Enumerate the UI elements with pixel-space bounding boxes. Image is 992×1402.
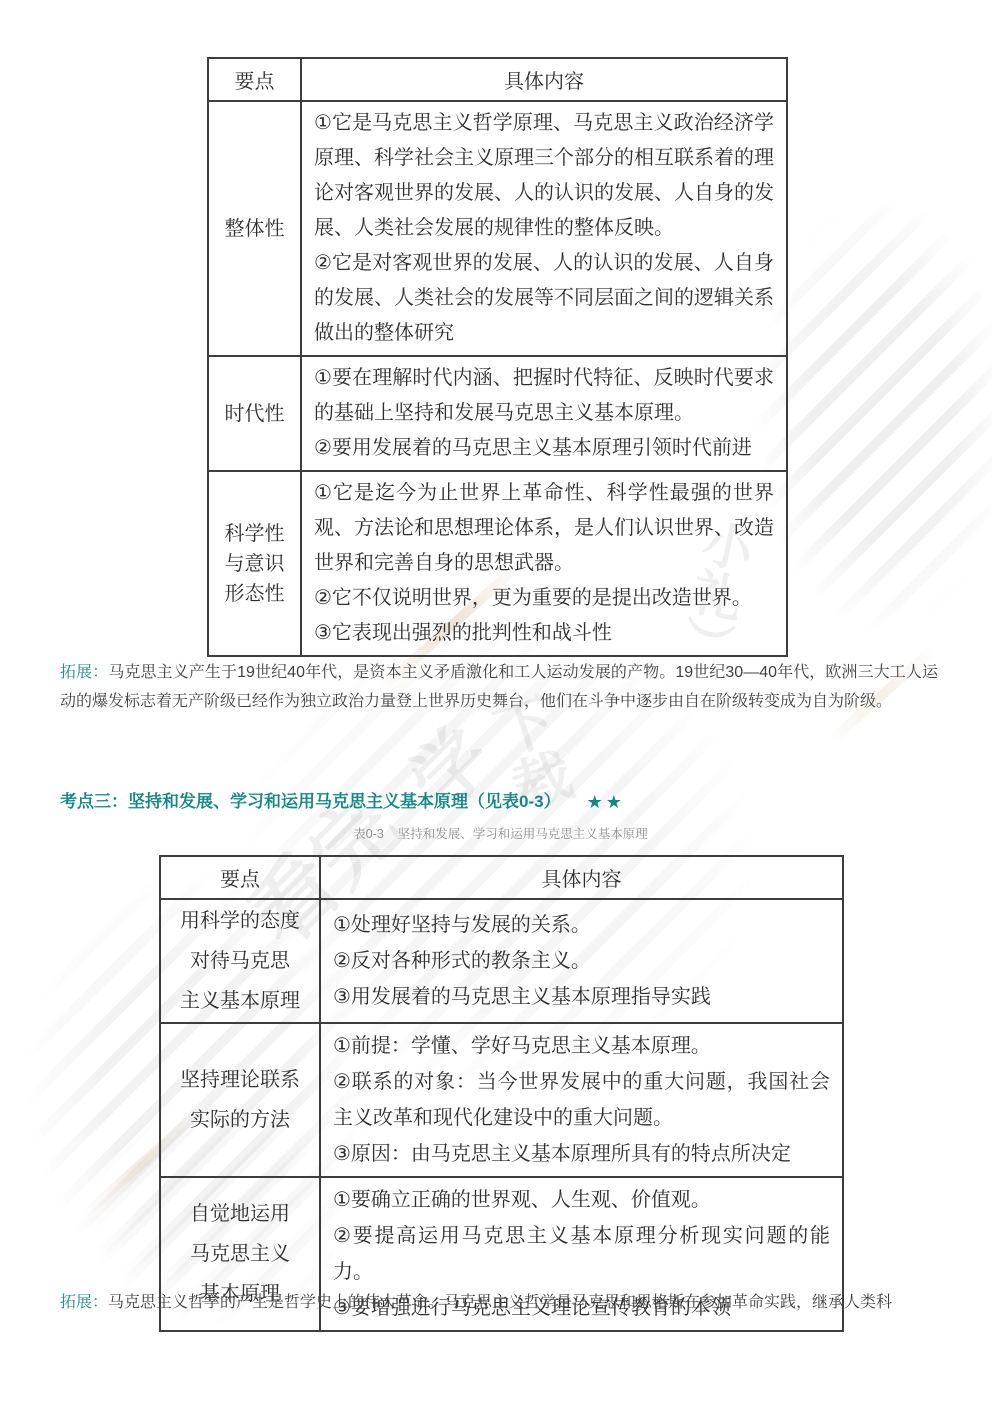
content-item: ②联系的对象：当今世界发展中的重大问题，我国社会主义改革和现代化建设中的重大问题…: [333, 1064, 830, 1136]
expansion-label: 拓展：: [60, 664, 108, 681]
content-item: ②它不仅说明世界，更为重要的是提出改造世界。: [314, 581, 774, 616]
expansion-note: 拓展：马克思主义哲学的产生是哲学史上的伟大革命。马克思主义哲学是马克思和恩格斯在…: [60, 1288, 938, 1317]
content-item: ③它表现出强烈的批判性和战斗性: [314, 616, 774, 651]
content-item: ②要用发展着的马克思主义基本原理引领时代前进: [314, 431, 774, 466]
watermark-streaks-top-right: [755, 195, 992, 635]
content-item: ①它是马克思主义哲学原理、马克思主义政治经济学原理、科学社会主义原理三个部分的相…: [314, 106, 774, 246]
header-keypoint: 要点: [160, 856, 320, 899]
row-content: ①要在理解时代内涵、把握时代特征、反映时代要求的基础上坚持和发展马克思主义基本原…: [301, 356, 787, 471]
expansion-text: 马克思主义哲学的产生是哲学史上的伟大革命。马克思主义哲学是马克思和恩格斯在参加革…: [108, 1294, 892, 1311]
row-key: 时代性: [208, 356, 301, 471]
row-key: 坚持理论联系 实际的方法: [160, 1023, 320, 1177]
row-key: 整体性: [208, 101, 301, 356]
header-content: 具体内容: [320, 856, 843, 899]
table-header-row: 要点 具体内容: [160, 856, 843, 899]
header-keypoint: 要点: [208, 58, 301, 101]
content-item: ①要在理解时代内涵、把握时代特征、反映时代要求的基础上坚持和发展马克思主义基本原…: [314, 361, 774, 431]
table-caption-title: 坚持和发展、学习和运用马克思主义基本原理: [398, 827, 648, 841]
content-item: ②要提高运用马克思主义基本原理分析现实问题的能力。: [333, 1218, 830, 1290]
content-item: ③原因：由马克思主义基本原理所具有的特点所决定: [333, 1136, 830, 1172]
table-row: 科学性 与意识 形态性 ①它是迄今为止世界上革命性、科学性最强的世界观、方法论和…: [208, 471, 787, 656]
table-row: 整体性 ①它是马克思主义哲学原理、马克思主义政治经济学原理、科学社会主义原理三个…: [208, 101, 787, 356]
row-content: ①处理好坚持与发展的关系。 ②反对各种形式的教条主义。 ③用发展着的马克思主义基…: [320, 899, 843, 1023]
table-header-row: 要点 具体内容: [208, 58, 787, 101]
row-content: ①它是马克思主义哲学原理、马克思主义政治经济学原理、科学社会主义原理三个部分的相…: [301, 101, 787, 356]
row-content: ①前提：学懂、学好马克思主义基本原理。 ②联系的对象：当今世界发展中的重大问题，…: [320, 1023, 843, 1177]
row-key: 用科学的态度 对待马克思 主义基本原理: [160, 899, 320, 1023]
expansion-label: 拓展：: [60, 1294, 108, 1311]
row-key: 科学性 与意识 形态性: [208, 471, 301, 656]
content-item: ②它是对客观世界的发展、人的认识的发展、人自身的发展、人类社会的发展等不同层面之…: [314, 246, 774, 351]
apply-principles-table: 要点 具体内容 用科学的态度 对待马克思 主义基本原理 ①处理好坚持与发展的关系…: [159, 855, 844, 1332]
content-item: ③用发展着的马克思主义基本原理指导实践: [333, 979, 830, 1015]
table-row: 时代性 ①要在理解时代内涵、把握时代特征、反映时代要求的基础上坚持和发展马克思主…: [208, 356, 787, 471]
importance-stars-icon: ★★: [587, 792, 625, 812]
content-item: ②反对各种形式的教条主义。: [333, 943, 830, 979]
content-item: ①前提：学懂、学好马克思主义基本原理。: [333, 1028, 830, 1064]
features-table: 要点 具体内容 整体性 ①它是马克思主义哲学原理、马克思主义政治经济学原理、科学…: [207, 57, 788, 657]
table-caption: 表0-3坚持和发展、学习和运用马克思主义基本原理: [159, 826, 842, 842]
content-item: ①要确立正确的世界观、人生观、价值观。: [333, 1182, 830, 1218]
section-heading: 考点三：坚持和发展、学习和运用马克思主义基本原理（见表0-3）★★: [60, 791, 625, 813]
header-content: 具体内容: [301, 58, 787, 101]
expansion-note: 拓展：马克思主义产生于19世纪40年代，是资本主义矛盾激化和工人运动发展的产物。…: [60, 658, 938, 716]
expansion-text: 马克思主义产生于19世纪40年代，是资本主义矛盾激化和工人运动发展的产物。19世…: [60, 664, 938, 710]
section-heading-text: 考点三：坚持和发展、学习和运用马克思主义基本原理（见表0-3）: [60, 792, 561, 811]
table-caption-number: 表0-3: [353, 827, 384, 841]
table-row: 用科学的态度 对待马克思 主义基本原理 ①处理好坚持与发展的关系。 ②反对各种形…: [160, 899, 843, 1023]
table-row: 坚持理论联系 实际的方法 ①前提：学懂、学好马克思主义基本原理。 ②联系的对象：…: [160, 1023, 843, 1177]
document-page: 看完 学 下载 小礼） 要点 具体内容 整体性 ①它是马克思主义哲学原理、马克思…: [0, 0, 992, 1402]
content-item: ①它是迄今为止世界上革命性、科学性最强的世界观、方法论和思想理论体系，是人们认识…: [314, 476, 774, 581]
content-item: ①处理好坚持与发展的关系。: [333, 907, 830, 943]
row-content: ①它是迄今为止世界上革命性、科学性最强的世界观、方法论和思想理论体系，是人们认识…: [301, 471, 787, 656]
